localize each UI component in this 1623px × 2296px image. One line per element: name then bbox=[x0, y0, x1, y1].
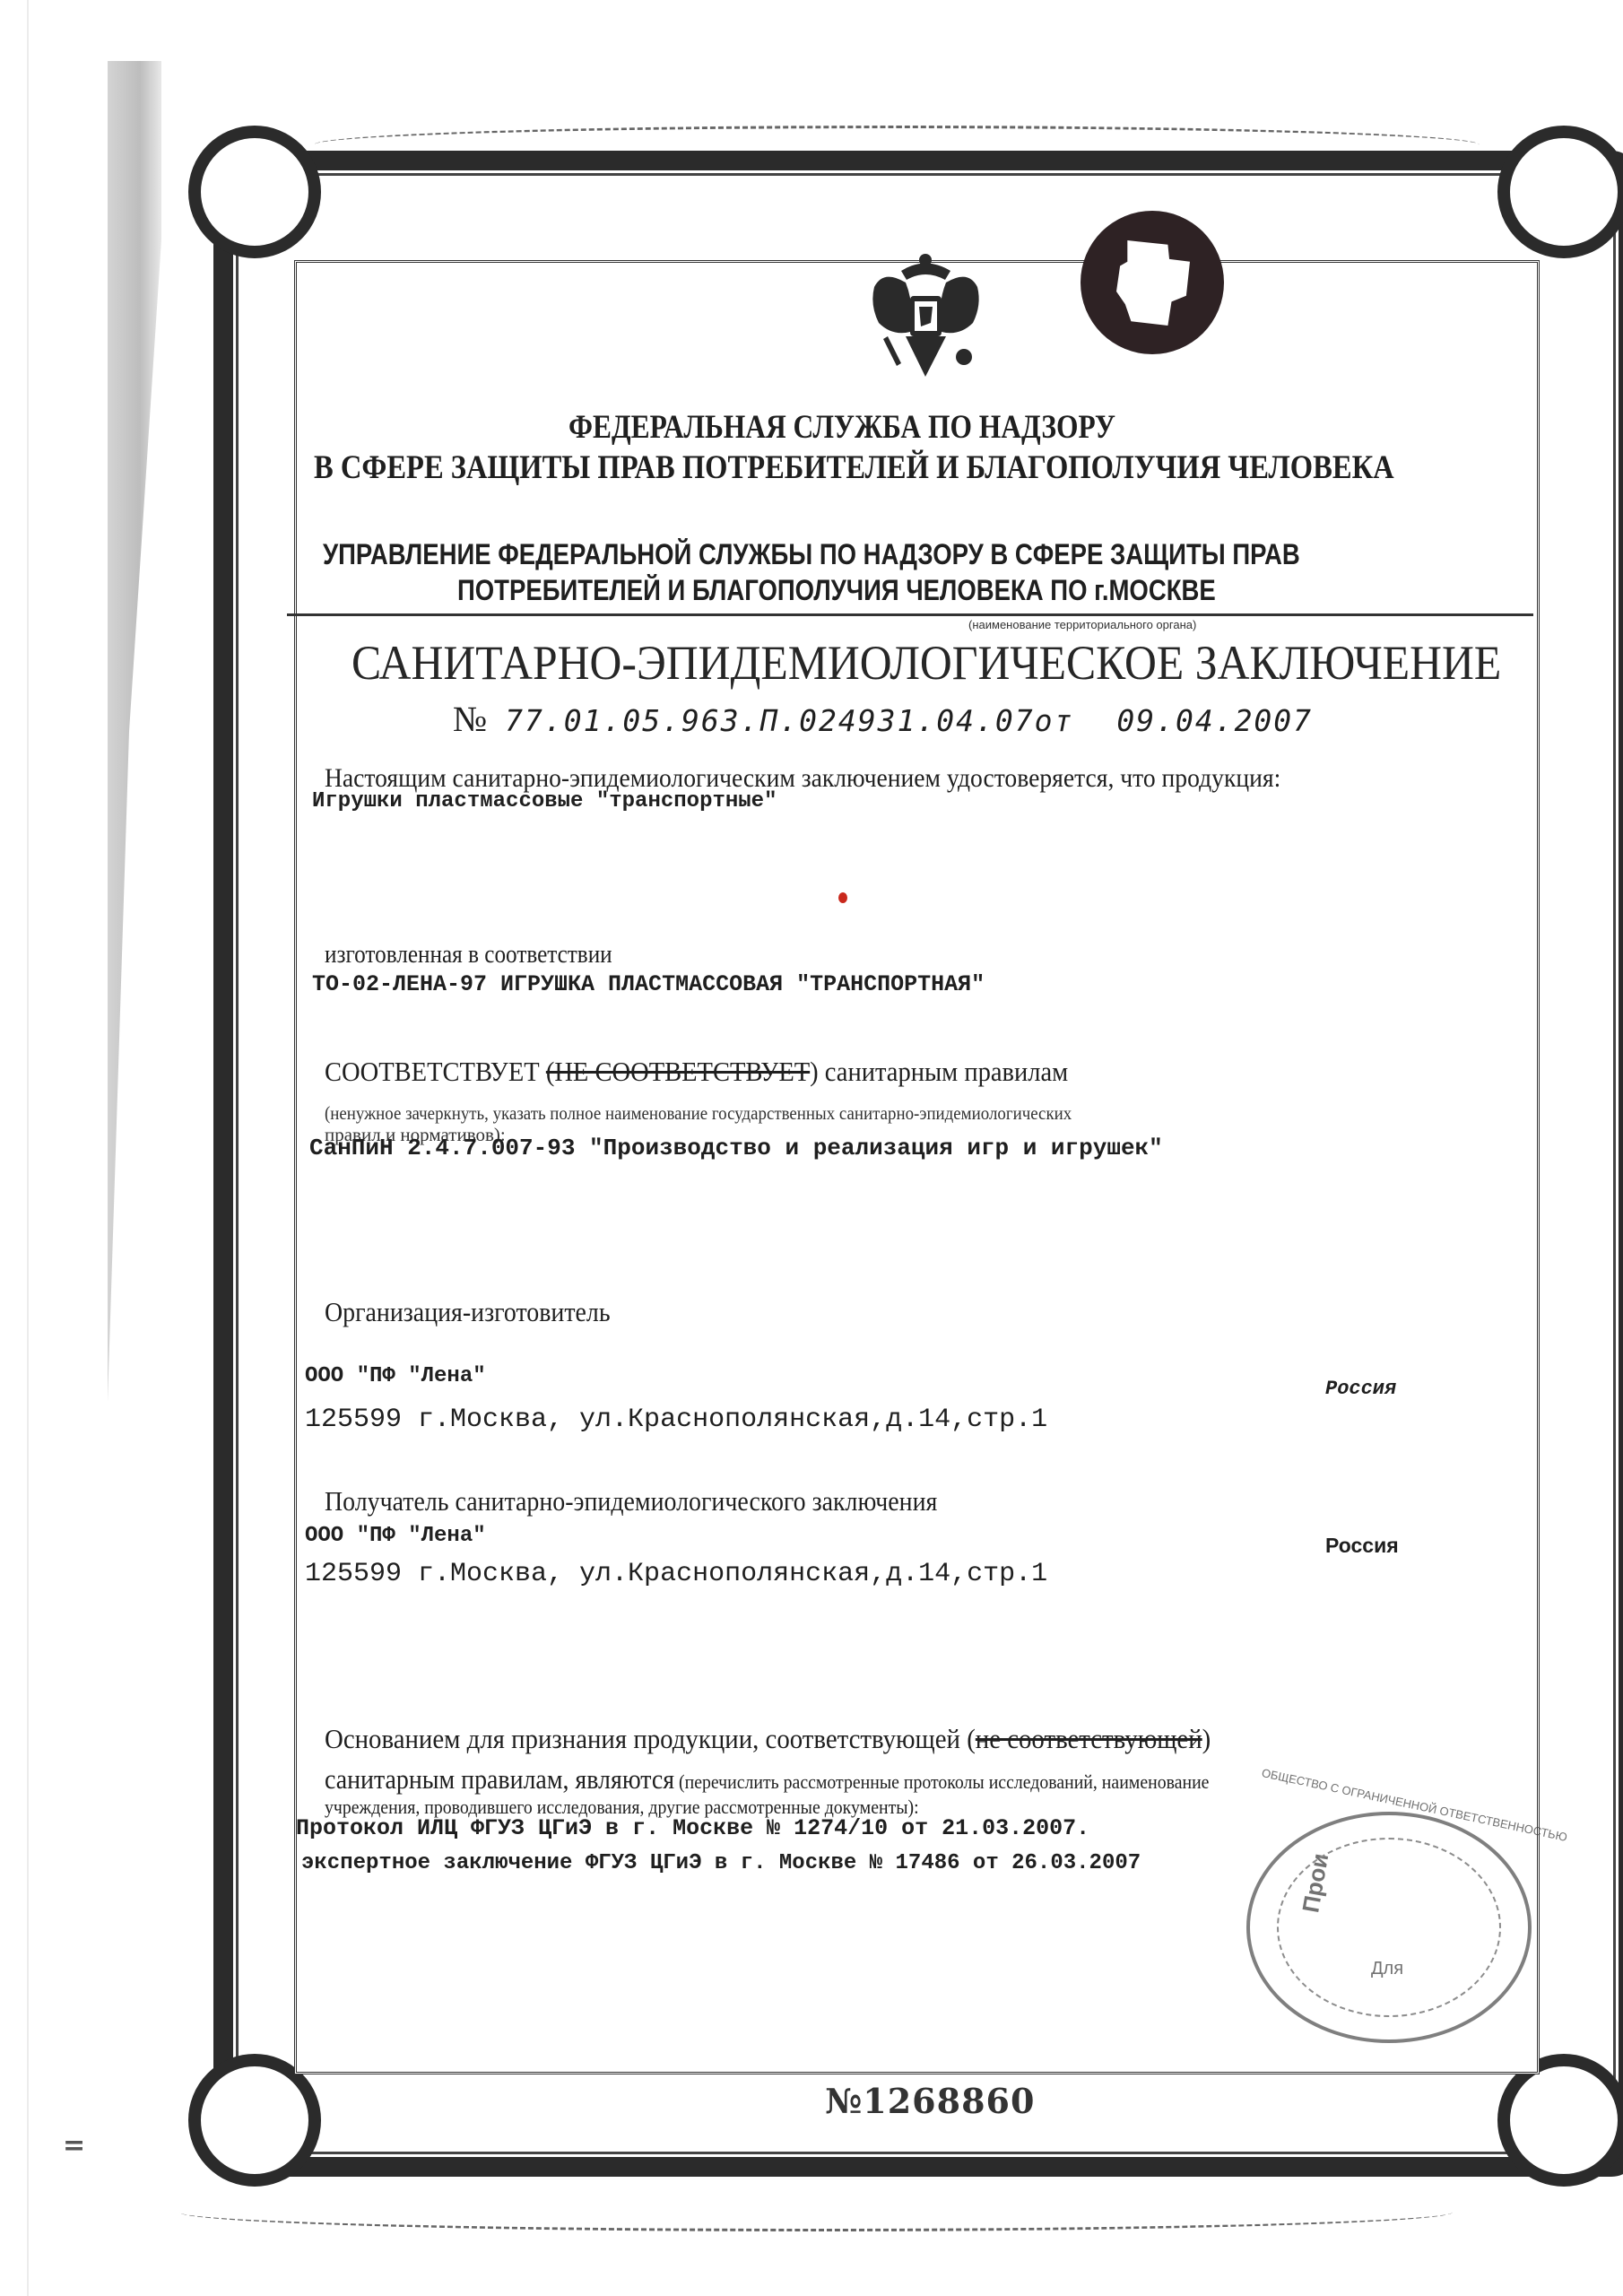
stamp-partial-word: Прои bbox=[1297, 1851, 1334, 1915]
document-content: ФЕДЕРАЛЬНАЯ СЛУЖБА ПО НАДЗОРУ В СФЕРЕ ЗА… bbox=[0, 0, 1623, 2296]
compliance-suffix: ) санитарным правилам bbox=[810, 1056, 1068, 1087]
basis-struck: не соответствующей bbox=[976, 1723, 1202, 1754]
protocol-reference: Протокол ИЛЦ ФГУЗ ЦГиЭ в г. Москве № 127… bbox=[296, 1815, 1089, 1841]
document-title: САНИТАРНО-ЭПИДЕМИОЛОГИЧЕСКОЕ ЗАКЛЮЧЕНИЕ bbox=[352, 635, 1501, 691]
basis-line2: санитарным правилам, являются (перечисли… bbox=[325, 1763, 1209, 1796]
agency-title-line2: В СФЕРЕ ЗАЩИТЫ ПРАВ ПОТРЕБИТЕЛЕЙ И БЛАГО… bbox=[314, 448, 1394, 487]
red-ink-mark bbox=[838, 892, 847, 903]
manufacturer-country: Россия bbox=[1325, 1378, 1396, 1400]
compliance-status: СООТВЕТСТВУЕТ bbox=[325, 1056, 540, 1087]
basis-prefix: Основанием для признания продукции, соот… bbox=[325, 1723, 976, 1754]
number-symbol: № bbox=[453, 699, 489, 739]
compliance-statement: СООТВЕТСТВУЕТ (НЕ СООТВЕТСТВУЕТ) санитар… bbox=[325, 1056, 1068, 1088]
certificate-number-value: 77.01.05.963.П.024931.04.07 bbox=[505, 703, 1034, 738]
divider bbox=[287, 613, 1533, 616]
product-name: Игрушки пластмассовые "транспортные" bbox=[312, 789, 777, 813]
hologram-sticker bbox=[1081, 211, 1224, 354]
agency-title-line1: ФЕДЕРАЛЬНАЯ СЛУЖБА ПО НАДЗОРУ bbox=[122, 408, 1502, 447]
basis-line1: Основанием для признания продукции, соот… bbox=[325, 1723, 1211, 1755]
certificate-date: 09.04.2007 bbox=[1116, 703, 1313, 738]
sanitary-rule: СанПиН 2.4.7.007-93 "Производство и реал… bbox=[309, 1135, 1163, 1161]
stamp-center-text: Для bbox=[1371, 1959, 1403, 1979]
company-stamp: Прои Для ОБЩЕСТВО С ОГРАНИЧЕННОЙ ОТВЕТСТ… bbox=[1246, 1812, 1532, 2043]
date-prefix: от bbox=[1035, 703, 1074, 738]
recipient-address: 125599 г.Москва, ул.Краснополянская,д.14… bbox=[305, 1559, 1047, 1589]
double-headed-eagle-emblem-icon bbox=[870, 251, 982, 381]
manufacturer-address: 125599 г.Москва, ул.Краснополянская,д.14… bbox=[305, 1405, 1047, 1435]
expert-conclusion-reference: экспертное заключение ФГУЗ ЦГиЭ в г. Мос… bbox=[301, 1851, 1141, 1875]
department-caption: (наименование территориального органа) bbox=[968, 618, 1196, 631]
recipient-name: ООО "ПФ "Лена" bbox=[305, 1524, 486, 1548]
basis-note: (перечислить рассмотренные протоколы исс… bbox=[674, 1770, 1209, 1793]
compliance-note-line1: (ненужное зачеркнуть, указать полное наи… bbox=[325, 1102, 1072, 1125]
compliance-struck-alternative: (НЕ СООТВЕТСТВУЕТ bbox=[546, 1056, 810, 1087]
basis-suffix: ) bbox=[1202, 1723, 1211, 1754]
stamp-ring-text: ОБЩЕСТВО С ОГРАНИЧЕННОЙ ОТВЕТСТВЕННОСТЬЮ bbox=[1261, 1766, 1527, 1835]
department-title-line1: УПРАВЛЕНИЕ ФЕДЕРАЛЬНОЙ СЛУЖБЫ ПО НАДЗОРУ… bbox=[323, 538, 1300, 571]
certificate-number: №77.01.05.963.П.024931.04.07от09.04.2007 bbox=[453, 698, 1313, 740]
basis-main: санитарным правилам, являются bbox=[325, 1763, 674, 1795]
form-serial-number: №1268860 bbox=[825, 2081, 1035, 2121]
recipient-label: Получатель санитарно-эпидемиологического… bbox=[325, 1485, 937, 1518]
manufactured-label: изготовленная в соответствии bbox=[325, 941, 612, 970]
recipient-country: Россия bbox=[1325, 1534, 1399, 1558]
manufacturing-standard: ТО-02-ЛЕНА-97 ИГРУШКА ПЛАСТМАССОВАЯ "ТРА… bbox=[312, 971, 985, 997]
manufacturer-label: Организация-изготовитель bbox=[325, 1296, 611, 1328]
department-title-line2: ПОТРЕБИТЕЛЕЙ И БЛАГОПОЛУЧИЯ ЧЕЛОВЕКА ПО … bbox=[457, 574, 1216, 607]
manufacturer-name: ООО "ПФ "Лена" bbox=[305, 1364, 486, 1388]
